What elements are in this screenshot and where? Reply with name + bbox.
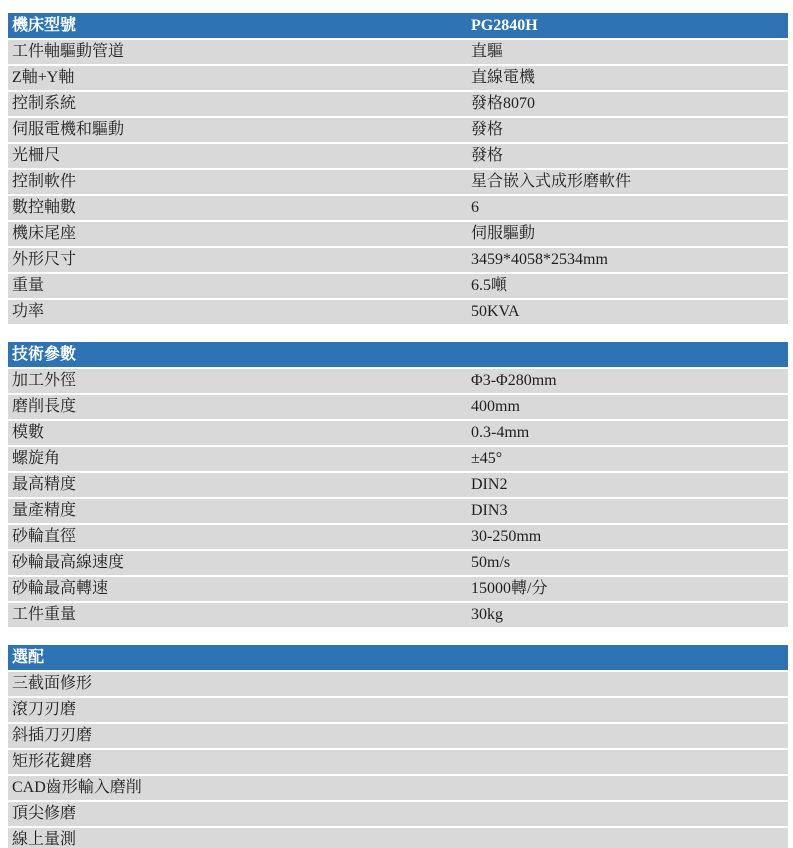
table-row: 伺服電機和驅動發格 — [8, 118, 788, 142]
row-label: 伺服電機和驅動 — [8, 118, 471, 142]
table-row: 磨削長度400mm — [8, 395, 788, 419]
row-label: 最高精度 — [8, 473, 471, 497]
spec-section-technical-parameters: 技術參數加工外徑Φ3-Φ280mm磨削長度400mm模數0.3-4mm螺旋角±4… — [8, 342, 788, 627]
table-row: 斜插刀刃磨 — [8, 724, 788, 748]
table-row: 矩形花鍵磨 — [8, 750, 788, 774]
section-title: 選配 — [8, 645, 471, 670]
row-value: 0.3-4mm — [471, 421, 788, 445]
row-label: Z軸+Y軸 — [8, 66, 471, 90]
table-row: 工件重量30kg — [8, 603, 788, 627]
table-row: Z軸+Y軸直線電機 — [8, 66, 788, 90]
row-value: 伺服驅動 — [471, 222, 788, 246]
row-value: 發格8070 — [471, 92, 788, 116]
row-label: 頂尖修磨 — [8, 802, 471, 826]
table-row: 量產精度DIN3 — [8, 499, 788, 523]
row-value: 直驅 — [471, 40, 788, 64]
table-row: 工件軸驅動管道直驅 — [8, 40, 788, 64]
section-title: 機床型號 — [8, 13, 471, 38]
row-label: 矩形花鍵磨 — [8, 750, 471, 774]
table-row: CAD齒形輸入磨削 — [8, 776, 788, 800]
row-label: 量產精度 — [8, 499, 471, 523]
row-label: 螺旋角 — [8, 447, 471, 471]
section-header-technical-parameters: 技術參數 — [8, 342, 788, 367]
row-label: 功率 — [8, 300, 471, 324]
row-value: 30-250mm — [471, 525, 788, 549]
row-label: 砂輪最高線速度 — [8, 551, 471, 575]
row-label: 磨削長度 — [8, 395, 471, 419]
section-header-machine-model: 機床型號PG2840H — [8, 13, 788, 38]
row-value: DIN2 — [471, 473, 788, 497]
row-label: 砂輪最高轉速 — [8, 577, 471, 601]
row-value: 直線電機 — [471, 66, 788, 90]
row-label: 重量 — [8, 274, 471, 298]
row-value: Φ3-Φ280mm — [471, 369, 788, 393]
row-value: 6.5噸 — [471, 274, 788, 298]
row-label: 數控軸數 — [8, 196, 471, 220]
table-row: 控制系統發格8070 — [8, 92, 788, 116]
table-row: 頂尖修磨 — [8, 802, 788, 826]
row-value: 發格 — [471, 144, 788, 168]
table-row: 砂輪最高線速度50m/s — [8, 551, 788, 575]
section-header-value: PG2840H — [471, 13, 788, 38]
table-row: 模數0.3-4mm — [8, 421, 788, 445]
row-label: 光柵尺 — [8, 144, 471, 168]
row-value: ±45° — [471, 447, 788, 471]
row-label: CAD齒形輸入磨削 — [8, 776, 471, 800]
table-row: 重量6.5噸 — [8, 274, 788, 298]
table-row: 機床尾座伺服驅動 — [8, 222, 788, 246]
table-row: 線上量測 — [8, 828, 788, 848]
row-value: 15000轉/分 — [471, 577, 788, 601]
section-header-optional-features: 選配 — [8, 645, 788, 670]
row-label: 機床尾座 — [8, 222, 471, 246]
table-row: 三截面修形 — [8, 672, 788, 696]
row-label: 工件重量 — [8, 603, 471, 627]
table-row: 加工外徑Φ3-Φ280mm — [8, 369, 788, 393]
row-value: 50KVA — [471, 300, 788, 324]
table-row: 滾刀刃磨 — [8, 698, 788, 722]
table-row: 控制軟件星合嵌入式成形磨軟件 — [8, 170, 788, 194]
row-label: 模數 — [8, 421, 471, 445]
row-label: 三截面修形 — [8, 672, 471, 696]
row-label: 工件軸驅動管道 — [8, 40, 471, 64]
row-value: 30kg — [471, 603, 788, 627]
table-row: 最高精度DIN2 — [8, 473, 788, 497]
table-row: 砂輪直徑30-250mm — [8, 525, 788, 549]
row-value: 400mm — [471, 395, 788, 419]
row-value: 3459*4058*2534mm — [471, 248, 788, 272]
row-label: 控制系統 — [8, 92, 471, 116]
table-row: 外形尺寸3459*4058*2534mm — [8, 248, 788, 272]
row-value: 6 — [471, 196, 788, 220]
table-row: 螺旋角±45° — [8, 447, 788, 471]
row-value: DIN3 — [471, 499, 788, 523]
row-label: 砂輪直徑 — [8, 525, 471, 549]
row-label: 加工外徑 — [8, 369, 471, 393]
row-value: 發格 — [471, 118, 788, 142]
row-label: 控制軟件 — [8, 170, 471, 194]
row-label: 外形尺寸 — [8, 248, 471, 272]
row-value: 星合嵌入式成形磨軟件 — [471, 170, 788, 194]
row-label: 滾刀刃磨 — [8, 698, 471, 722]
spec-tables: 機床型號PG2840H工件軸驅動管道直驅Z軸+Y軸直線電機控制系統發格8070伺… — [8, 13, 788, 848]
table-row: 功率50KVA — [8, 300, 788, 324]
spec-section-optional-features: 選配三截面修形滾刀刃磨斜插刀刃磨矩形花鍵磨CAD齒形輸入磨削頂尖修磨線上量測 — [8, 645, 788, 848]
table-row: 光柵尺發格 — [8, 144, 788, 168]
table-row: 數控軸數6 — [8, 196, 788, 220]
row-value: 50m/s — [471, 551, 788, 575]
spec-section-machine-model: 機床型號PG2840H工件軸驅動管道直驅Z軸+Y軸直線電機控制系統發格8070伺… — [8, 13, 788, 324]
section-title: 技術參數 — [8, 342, 471, 367]
table-row: 砂輪最高轉速15000轉/分 — [8, 577, 788, 601]
row-label: 線上量測 — [8, 828, 471, 848]
row-label: 斜插刀刃磨 — [8, 724, 471, 748]
